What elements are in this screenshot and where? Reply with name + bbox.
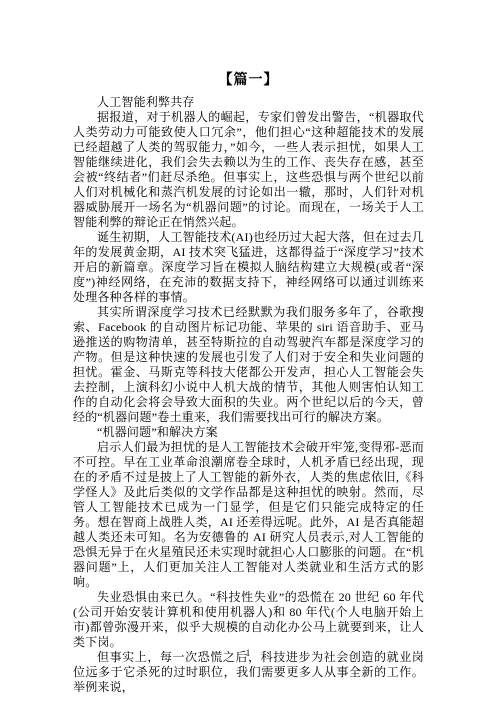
paragraph-subheading: “机器问题”和解决方案 — [73, 425, 424, 440]
section-title: 【篇一】 — [73, 71, 424, 91]
document-body: 【篇一】 人工智能利弊共存 据报道，对于机器人的崛起，专家们曾发出警告，“机器取… — [73, 71, 424, 695]
paragraph: 启示人们最为担忧的是人工智能技术会破开牢笼,变得邪-恶而不可控。早在工业革命浪潮… — [73, 440, 424, 590]
paragraph: 其实所谓深度学习技术已经默默为我们服务多年了，谷歌搜索、Facebook 的自动… — [73, 305, 424, 425]
document-page: 【篇一】 人工智能利弊共存 据报道，对于机器人的崛起，专家们曾发出警告，“机器取… — [0, 0, 496, 702]
paragraph: 诞生初期，人工智能技术(AI)也经历过大起大落，但在过去几年的发展黄金期，AI … — [73, 230, 424, 305]
paragraph: 据报道，对于机器人的崛起，专家们曾发出警告，“机器取代人类劳动力可能致使人口冗余… — [73, 110, 424, 230]
page-number: 1 — [0, 648, 496, 659]
paragraph: 失业恐惧由来已久。“科技性失业”的恐慌在 20 世纪 60 年代(公司开始安装计… — [73, 590, 424, 650]
paragraph-subtitle: 人工智能利弊共存 — [73, 95, 424, 110]
